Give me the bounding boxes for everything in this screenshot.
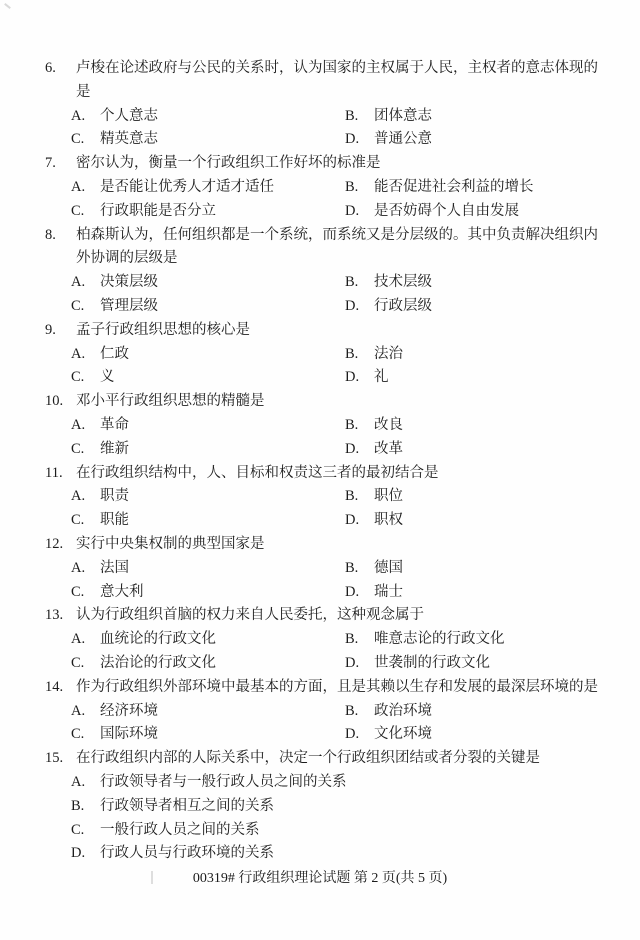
- option-label: D.: [345, 509, 374, 533]
- option-text: 技术层级: [374, 271, 432, 295]
- question-number: 10.: [45, 390, 76, 414]
- option-text: 维新: [100, 438, 129, 462]
- option-text: 行政人员与行政环境的关系: [100, 842, 274, 866]
- option-label: C.: [71, 295, 100, 319]
- option-item: D.是否妨碍个人自由发展: [345, 200, 622, 224]
- scan-artifact-corner: [4, 3, 11, 9]
- question-stem-row: 9.孟子行政组织思想的核心是: [0, 319, 640, 343]
- scan-artifact-edge: [151, 871, 153, 884]
- options-grid: A.职责B.职位C.职能D.职权: [71, 485, 622, 533]
- option-item: B.唯意志论的行政文化: [345, 628, 622, 652]
- option-text: 义: [100, 366, 115, 390]
- question-stem-text: 卢梭在论述政府与公民的关系时，认为国家的主权属于人民，主权者的意志体现的: [76, 57, 622, 81]
- option-item: A.法国: [71, 557, 345, 581]
- option-item: A.革命: [71, 414, 345, 438]
- option-item: A.决策层级: [71, 271, 345, 295]
- option-label: A.: [71, 771, 100, 795]
- option-label: A.: [71, 557, 100, 581]
- option-label: C.: [71, 128, 100, 152]
- option-label: D.: [345, 438, 374, 462]
- option-item: A.仁政: [71, 343, 345, 367]
- option-text: 是否妨碍个人自由发展: [374, 200, 519, 224]
- option-label: B.: [345, 176, 374, 200]
- question-stem-text: 认为行政组织首脑的权力来自人民委托，这种观念属于: [76, 604, 622, 628]
- option-item: C.管理层级: [71, 295, 345, 319]
- question-stem-text: 外协调的层级是: [76, 247, 622, 271]
- options-grid: A.是否能让优秀人才适才适任B.能否促进社会利益的增长C.行政职能是否分立D.是…: [71, 176, 622, 224]
- question-stem-continuation: 是: [0, 81, 640, 105]
- question-stem-continuation: 外协调的层级是: [0, 247, 640, 271]
- option-label: B.: [345, 700, 374, 724]
- question-stem-row: 15.在行政组织内部的人际关系中，决定一个行政组织团结或者分裂的关键是: [0, 747, 640, 771]
- option-text: 血统论的行政文化: [100, 628, 216, 652]
- option-item: A.经济环境: [71, 700, 345, 724]
- question-block: 10.邓小平行政组织思想的精髓是A.革命B.改良C.维新D.改革: [0, 390, 640, 461]
- option-label: B.: [345, 271, 374, 295]
- option-text: 一般行政人员之间的关系: [100, 819, 260, 843]
- options-grid: A.决策层级B.技术层级C.管理层级D.行政层级: [71, 271, 622, 319]
- option-label: A.: [71, 176, 100, 200]
- option-text: 德国: [374, 557, 403, 581]
- option-text: 改革: [374, 438, 403, 462]
- question-block: 11.在行政组织结构中，人、目标和权责这三者的最初结合是A.职责B.职位C.职能…: [0, 462, 640, 533]
- option-item: D.职权: [345, 509, 622, 533]
- option-text: 是否能让优秀人才适才适任: [100, 176, 274, 200]
- option-label: D.: [345, 295, 374, 319]
- option-item: A.是否能让优秀人才适才适任: [71, 176, 345, 200]
- option-text: 职位: [374, 485, 403, 509]
- question-number: 9.: [45, 319, 76, 343]
- question-stem-row: 14.作为行政组织外部环境中最基本的方面，且是其赖以生存和发展的最深层环境的是: [0, 676, 640, 700]
- option-item: D.世袭制的行政文化: [345, 652, 622, 676]
- option-text: 仁政: [100, 343, 129, 367]
- option-label: C.: [71, 438, 100, 462]
- question-stem-row: 7.密尔认为，衡量一个行政组织工作好坏的标准是: [0, 152, 640, 176]
- option-label: D.: [345, 581, 374, 605]
- option-item: B.职位: [345, 485, 622, 509]
- option-text: 精英意志: [100, 128, 158, 152]
- option-text: 经济环境: [100, 700, 158, 724]
- option-item: C.行政职能是否分立: [71, 200, 345, 224]
- option-text: 世袭制的行政文化: [374, 652, 490, 676]
- option-item: A.血统论的行政文化: [71, 628, 345, 652]
- option-text: 行政领导者相互之间的关系: [100, 795, 274, 819]
- option-label: B.: [345, 343, 374, 367]
- option-text: 意大利: [100, 581, 144, 605]
- option-item: B.团体意志: [345, 105, 622, 129]
- question-list: 6.卢梭在论述政府与公民的关系时，认为国家的主权属于人民，主权者的意志体现的是A…: [0, 57, 640, 866]
- option-label: B.: [345, 485, 374, 509]
- question-number: 7.: [45, 152, 76, 176]
- option-item: B.改良: [345, 414, 622, 438]
- stem-indent: [45, 81, 76, 105]
- option-item: B.行政领导者相互之间的关系: [71, 795, 622, 819]
- question-block: 12.实行中央集权制的典型国家是A.法国B.德国C.意大利D.瑞士: [0, 533, 640, 604]
- option-text: 唯意志论的行政文化: [374, 628, 505, 652]
- option-label: A.: [71, 271, 100, 295]
- option-item: B.政治环境: [345, 700, 622, 724]
- option-text: 法治: [374, 343, 403, 367]
- option-label: B.: [71, 795, 100, 819]
- option-label: C.: [71, 652, 100, 676]
- option-text: 职权: [374, 509, 403, 533]
- option-item: D.改革: [345, 438, 622, 462]
- option-text: 行政职能是否分立: [100, 200, 216, 224]
- question-stem-text: 在行政组织内部的人际关系中，决定一个行政组织团结或者分裂的关键是: [76, 747, 622, 771]
- options-grid: A.革命B.改良C.维新D.改革: [71, 414, 622, 462]
- question-number: 13.: [45, 604, 76, 628]
- option-item: B.德国: [345, 557, 622, 581]
- option-text: 礼: [374, 366, 389, 390]
- question-stem-text: 在行政组织结构中，人、目标和权责这三者的最初结合是: [76, 462, 622, 486]
- option-text: 革命: [100, 414, 129, 438]
- option-label: A.: [71, 700, 100, 724]
- option-label: D.: [345, 366, 374, 390]
- question-stem-text: 实行中央集权制的典型国家是: [76, 533, 622, 557]
- option-label: C.: [71, 723, 100, 747]
- option-item: C.意大利: [71, 581, 345, 605]
- option-item: D.行政人员与行政环境的关系: [71, 842, 622, 866]
- option-item: B.法治: [345, 343, 622, 367]
- options-grid: A.经济环境B.政治环境C.国际环境D.文化环境: [71, 700, 622, 748]
- option-item: C.职能: [71, 509, 345, 533]
- option-text: 能否促进社会利益的增长: [374, 176, 534, 200]
- option-text: 管理层级: [100, 295, 158, 319]
- option-text: 个人意志: [100, 105, 158, 129]
- question-block: 6.卢梭在论述政府与公民的关系时，认为国家的主权属于人民，主权者的意志体现的是A…: [0, 57, 640, 152]
- option-label: D.: [71, 842, 100, 866]
- option-text: 行政层级: [374, 295, 432, 319]
- question-block: 7.密尔认为，衡量一个行政组织工作好坏的标准是A.是否能让优秀人才适才适任B.能…: [0, 152, 640, 223]
- question-number: 6.: [45, 57, 76, 81]
- exam-page: 6.卢梭在论述政府与公民的关系时，认为国家的主权属于人民，主权者的意志体现的是A…: [0, 0, 640, 940]
- option-item: C.精英意志: [71, 128, 345, 152]
- option-item: C.义: [71, 366, 345, 390]
- question-block: 8.柏森斯认为，任何组织都是一个系统，而系统又是分层级的。其中负责解决组织内外协…: [0, 224, 640, 319]
- question-number: 15.: [45, 747, 76, 771]
- option-label: D.: [345, 723, 374, 747]
- question-stem-row: 10.邓小平行政组织思想的精髓是: [0, 390, 640, 414]
- option-text: 文化环境: [374, 723, 432, 747]
- option-label: A.: [71, 628, 100, 652]
- question-stem-row: 6.卢梭在论述政府与公民的关系时，认为国家的主权属于人民，主权者的意志体现的: [0, 57, 640, 81]
- option-item: C.维新: [71, 438, 345, 462]
- stem-indent: [45, 247, 76, 271]
- question-stem-text: 作为行政组织外部环境中最基本的方面，且是其赖以生存和发展的最深层环境的是: [76, 676, 622, 700]
- option-label: A.: [71, 485, 100, 509]
- option-label: A.: [71, 105, 100, 129]
- question-stem-text: 孟子行政组织思想的核心是: [76, 319, 622, 343]
- option-text: 职责: [100, 485, 129, 509]
- option-item: C.法治论的行政文化: [71, 652, 345, 676]
- option-item: B.技术层级: [345, 271, 622, 295]
- option-label: C.: [71, 509, 100, 533]
- option-label: A.: [71, 414, 100, 438]
- option-item: A.行政领导者与一般行政人员之间的关系: [71, 771, 622, 795]
- option-text: 法治论的行政文化: [100, 652, 216, 676]
- option-item: C.国际环境: [71, 723, 345, 747]
- question-number: 14.: [45, 676, 76, 700]
- question-stem-text: 密尔认为，衡量一个行政组织工作好坏的标准是: [76, 152, 622, 176]
- question-stem-row: 8.柏森斯认为，任何组织都是一个系统，而系统又是分层级的。其中负责解决组织内: [0, 224, 640, 248]
- question-block: 13.认为行政组织首脑的权力来自人民委托，这种观念属于A.血统论的行政文化B.唯…: [0, 604, 640, 675]
- question-block: 14.作为行政组织外部环境中最基本的方面，且是其赖以生存和发展的最深层环境的是A…: [0, 676, 640, 747]
- option-label: C.: [71, 366, 100, 390]
- question-stem-text: 柏森斯认为，任何组织都是一个系统，而系统又是分层级的。其中负责解决组织内: [76, 224, 622, 248]
- option-text: 改良: [374, 414, 403, 438]
- question-number: 12.: [45, 533, 76, 557]
- option-text: 瑞士: [374, 581, 403, 605]
- option-item: D.文化环境: [345, 723, 622, 747]
- option-text: 法国: [100, 557, 129, 581]
- option-text: 政治环境: [374, 700, 432, 724]
- option-label: C.: [71, 200, 100, 224]
- option-item: D.行政层级: [345, 295, 622, 319]
- option-item: A.职责: [71, 485, 345, 509]
- option-item: C.一般行政人员之间的关系: [71, 819, 622, 843]
- option-item: B.能否促进社会利益的增长: [345, 176, 622, 200]
- option-label: A.: [71, 343, 100, 367]
- option-item: D.普通公意: [345, 128, 622, 152]
- option-text: 决策层级: [100, 271, 158, 295]
- options-grid: A.血统论的行政文化B.唯意志论的行政文化C.法治论的行政文化D.世袭制的行政文…: [71, 628, 622, 676]
- option-text: 普通公意: [374, 128, 432, 152]
- question-number: 11.: [45, 462, 76, 486]
- options-grid: A.法国B.德国C.意大利D.瑞士: [71, 557, 622, 605]
- question-stem-row: 13.认为行政组织首脑的权力来自人民委托，这种观念属于: [0, 604, 640, 628]
- question-stem-row: 12.实行中央集权制的典型国家是: [0, 533, 640, 557]
- question-stem-row: 11.在行政组织结构中，人、目标和权责这三者的最初结合是: [0, 462, 640, 486]
- option-text: 国际环境: [100, 723, 158, 747]
- option-text: 行政领导者与一般行政人员之间的关系: [100, 771, 347, 795]
- question-block: 15.在行政组织内部的人际关系中，决定一个行政组织团结或者分裂的关键是A.行政领…: [0, 747, 640, 866]
- option-text: 职能: [100, 509, 129, 533]
- option-item: D.礼: [345, 366, 622, 390]
- option-label: D.: [345, 200, 374, 224]
- option-label: B.: [345, 628, 374, 652]
- option-label: C.: [71, 581, 100, 605]
- page-footer: 00319# 行政组织理论试题 第 2 页(共 5 页): [0, 868, 640, 890]
- options-grid: A.行政领导者与一般行政人员之间的关系B.行政领导者相互之间的关系C.一般行政人…: [71, 771, 622, 866]
- options-grid: A.个人意志B.团体意志C.精英意志D.普通公意: [71, 105, 622, 153]
- option-label: B.: [345, 105, 374, 129]
- option-label: D.: [345, 128, 374, 152]
- option-label: C.: [71, 819, 100, 843]
- option-item: D.瑞士: [345, 581, 622, 605]
- question-stem-text: 邓小平行政组织思想的精髓是: [76, 390, 622, 414]
- option-label: D.: [345, 652, 374, 676]
- option-item: A.个人意志: [71, 105, 345, 129]
- options-grid: A.仁政B.法治C.义D.礼: [71, 343, 622, 391]
- option-label: B.: [345, 557, 374, 581]
- question-block: 9.孟子行政组织思想的核心是A.仁政B.法治C.义D.礼: [0, 319, 640, 390]
- option-text: 团体意志: [374, 105, 432, 129]
- option-label: B.: [345, 414, 374, 438]
- question-stem-text: 是: [76, 81, 622, 105]
- question-number: 8.: [45, 224, 76, 248]
